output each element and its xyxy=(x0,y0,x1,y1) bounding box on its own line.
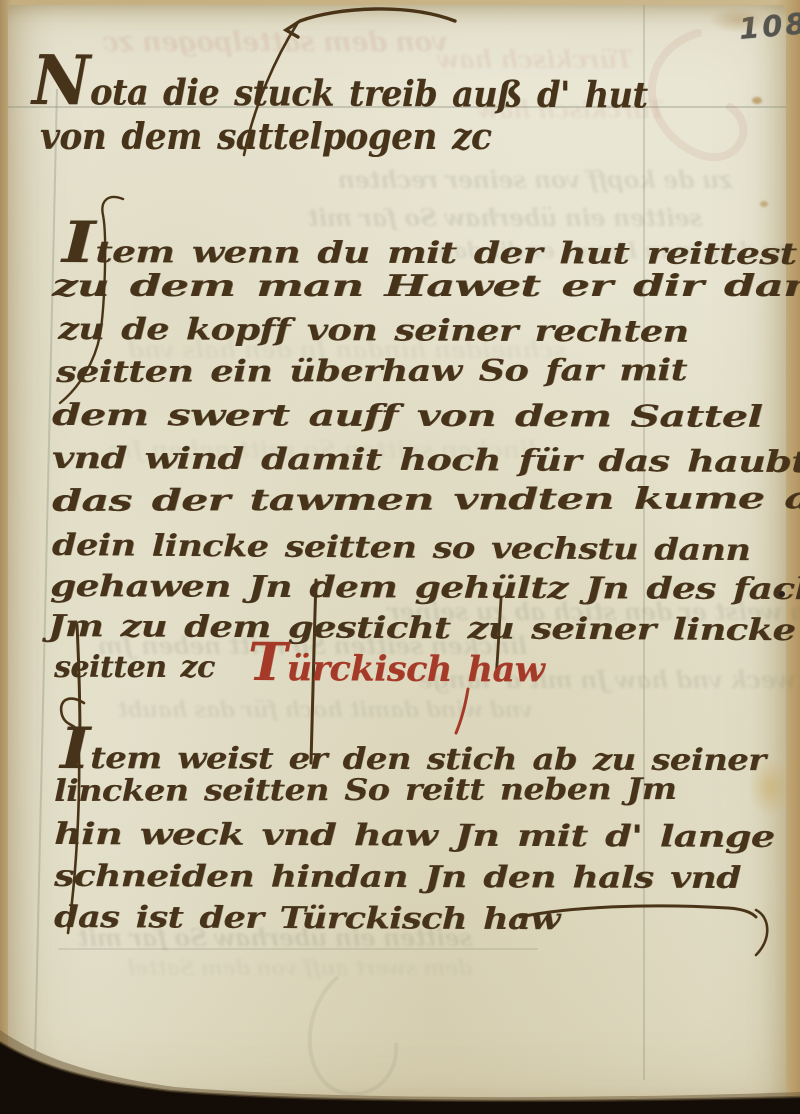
rubric-descender-stroke xyxy=(456,689,468,733)
top-flourish-stroke xyxy=(286,9,455,37)
manuscript-photo: von dem sattelpogen zc Türckisch haw Tür… xyxy=(0,0,800,1114)
manuscript-page: von dem sattelpogen zc Türckisch haw Tür… xyxy=(8,5,786,1105)
paragraph2-line: schneiden hindan Jn den hals vnd xyxy=(54,862,741,894)
paragraph1-line: vnd wind damit hoch für das haubt xyxy=(52,444,800,478)
verso-showthrough-line: zu de kopff von seiner rechten xyxy=(338,165,732,194)
paragraph1-line: das der tawmen vndten kume auf xyxy=(52,484,800,517)
paragraph1-line: gehawen Jn dem gehültz Jn des fach xyxy=(50,572,800,605)
paragraph2-line: Item weist er den stich ab zu seiner xyxy=(60,733,766,776)
paragraph2-line: das ist der Türckisch haw xyxy=(54,903,560,935)
rubric-heading: Türckisch haw xyxy=(248,647,544,688)
rust-speck xyxy=(752,97,762,104)
paragraph2-line: hin weck vnd haw Jn mit d' lange xyxy=(54,820,775,853)
paragraph1-line: Jm zu dem gesticht zu seiner lincke xyxy=(48,612,796,646)
verso-red-initial xyxy=(652,33,743,157)
verso-showthrough-line: vnd wind damit hoch für das haubt xyxy=(118,697,533,723)
paragraph2-line: lincken seitten So reitt neben Jm xyxy=(54,775,676,807)
faint-loop-mark xyxy=(310,977,396,1094)
paragraph1-line: seitten zc xyxy=(54,653,215,683)
rust-speck xyxy=(760,201,768,207)
heading-line-1: Nota die stuck treib auß d' hut xyxy=(32,63,648,113)
paragraph1-line: dem swert auff von dem Sattel xyxy=(52,401,762,433)
paragraph1-line: zu de kopff von seiner rechten xyxy=(58,315,689,348)
paragraph1-line: Item wenn du mit der hut reittest xyxy=(62,227,797,270)
end-flourish-curl xyxy=(756,910,767,955)
verso-showthrough-line: von dem sattelpogen zc xyxy=(103,27,448,58)
heading-line-2: von dem sattelpogen zc xyxy=(40,119,491,155)
paragraph1-line: zu dem man Hawet er dir dan xyxy=(52,272,800,302)
page-number: 108 xyxy=(738,6,800,46)
ruling-line-bottom xyxy=(58,948,538,950)
verso-showthrough-line: dem swert auff von dem Sattel xyxy=(128,955,473,980)
paragraph1-line: dein lincke seitten so vechstu dann xyxy=(52,531,751,566)
paragraph1-line: seitten ein überhaw So far mit xyxy=(56,356,687,388)
